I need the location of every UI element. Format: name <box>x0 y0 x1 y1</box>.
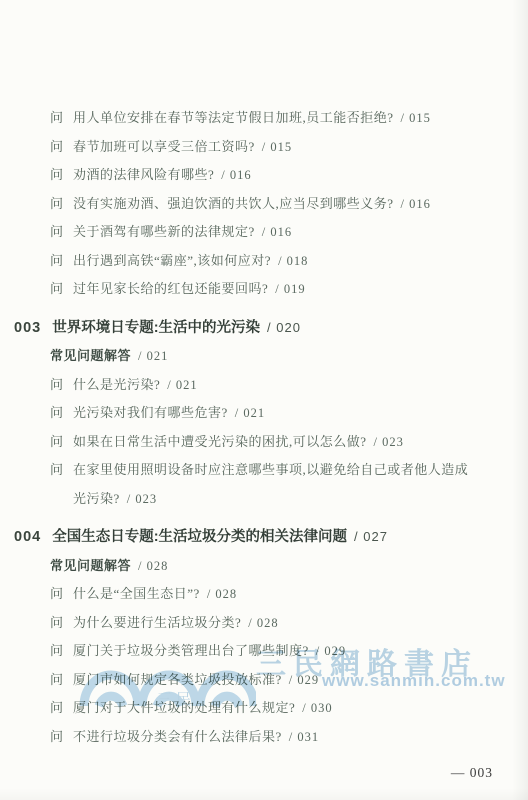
toc-entry: 问关于酒驾有哪些新的法律规定?/ 016 <box>50 218 494 247</box>
toc-list: 问用人单位安排在春节等法定节假日加班,员工能否拒绝?/ 015问春节加班可以享受… <box>50 104 494 751</box>
page-number-label: / 029 <box>289 673 319 687</box>
page-number-label: / 021 <box>138 342 168 371</box>
toc-entry: 问如果在日常生活中遭受光污染的困扰,可以怎么做?/ 023 <box>50 428 494 457</box>
question-text: 过年见家长给的红包还能要回吗? <box>73 281 268 296</box>
toc-entry: 问春节加班可以享受三倍工资吗?/ 015 <box>50 133 494 162</box>
question-line: 不进行垃圾分类会有什么法律后果?/ 031 <box>73 723 473 752</box>
subheader-text: 常见问题解答 <box>50 552 131 581</box>
page-number-label: / 027 <box>354 523 388 552</box>
question-text: 什么是“全国生态日”? <box>73 586 200 601</box>
question-marker: 问 <box>50 456 64 485</box>
section-title: 世界环境日专题:生活中的光污染 <box>52 314 260 343</box>
question-text: 春节加班可以享受三倍工资吗? <box>73 139 255 154</box>
question-marker: 问 <box>50 371 64 400</box>
page-number-label: / 031 <box>289 730 319 744</box>
question-line: 劝酒的法律风险有哪些?/ 016 <box>73 161 473 190</box>
toc-entry: 问什么是光污染?/ 021 <box>50 371 494 400</box>
page-edge-shadow <box>512 0 528 800</box>
toc-subheader: 常见问题解答/ 028 <box>50 552 494 581</box>
toc-entry: 问厦门关于垃圾分类管理出台了哪些制度?/ 029 <box>50 637 494 666</box>
question-marker: 问 <box>50 275 64 304</box>
toc-entry: 问不进行垃圾分类会有什么法律后果?/ 031 <box>50 723 494 752</box>
toc-entry: 问厦门市如何规定各类垃圾投放标准?/ 029 <box>50 666 494 695</box>
question-text: 厦门关于垃圾分类管理出台了哪些制度? <box>73 643 309 658</box>
question-marker: 问 <box>50 218 64 247</box>
toc-section-header: 004全国生态日专题:生活垃圾分类的相关法律问题/ 027 <box>50 523 494 552</box>
question-text: 如果在日常生活中遭受光污染的困扰,可以怎么做? <box>73 434 367 449</box>
question-marker: 问 <box>50 247 64 276</box>
question-line: 如果在日常生活中遭受光污染的困扰,可以怎么做?/ 023 <box>73 428 473 457</box>
page-number-label: / 018 <box>278 254 308 268</box>
question-marker: 问 <box>50 580 64 609</box>
question-line: 用人单位安排在春节等法定节假日加班,员工能否拒绝?/ 015 <box>73 104 473 133</box>
toc-entry: 问没有实施劝酒、强迫饮酒的共饮人,应当尽到哪些义务?/ 016 <box>50 190 494 219</box>
page-number-label: / 015 <box>262 140 292 154</box>
page-number-label: / 028 <box>207 587 237 601</box>
page-number-label: / 019 <box>275 282 305 296</box>
page-number-label: / 015 <box>401 111 431 125</box>
page-number-label: / 023 <box>127 492 157 506</box>
question-marker: 问 <box>50 428 64 457</box>
page-number-label: / 028 <box>138 552 168 581</box>
page-footer: — 003 <box>451 765 493 781</box>
question-line: 出行遇到高铁“霸座”,该如何应对?/ 018 <box>73 247 473 276</box>
question-text: 不进行垃圾分类会有什么法律后果? <box>73 729 282 744</box>
question-line: 厦门关于垃圾分类管理出台了哪些制度?/ 029 <box>73 637 473 666</box>
question-line: 在家里使用照明设备时应注意哪些事项,以避免给自己或者他人造成光污染?/ 023 <box>73 456 473 513</box>
page-number-label: / 021 <box>235 406 265 420</box>
toc-entry: 问为什么要进行生活垃圾分类?/ 028 <box>50 609 494 638</box>
toc-entry: 问厦门对于大件垃圾的处理有什么规定?/ 030 <box>50 694 494 723</box>
question-line: 关于酒驾有哪些新的法律规定?/ 016 <box>73 218 473 247</box>
section-number: 004 <box>14 523 41 552</box>
question-marker: 问 <box>50 399 64 428</box>
question-line: 光污染对我们有哪些危害?/ 021 <box>73 399 473 428</box>
question-marker: 问 <box>50 609 64 638</box>
question-line: 过年见家长给的红包还能要回吗?/ 019 <box>73 275 473 304</box>
page-number-label: / 028 <box>248 616 278 630</box>
question-text: 关于酒驾有哪些新的法律规定? <box>73 224 255 239</box>
question-line: 厦门对于大件垃圾的处理有什么规定?/ 030 <box>73 694 473 723</box>
book-page: 问用人单位安排在春节等法定节假日加班,员工能否拒绝?/ 015问春节加班可以享受… <box>0 0 528 800</box>
toc-section-header: 003世界环境日专题:生活中的光污染/ 020 <box>50 314 494 343</box>
question-text: 为什么要进行生活垃圾分类? <box>73 615 241 630</box>
page-number-label: / 016 <box>262 225 292 239</box>
question-text: 厦门对于大件垃圾的处理有什么规定? <box>73 700 295 715</box>
page-number-label: / 023 <box>374 435 404 449</box>
question-text: 出行遇到高铁“霸座”,该如何应对? <box>73 253 271 268</box>
question-marker: 问 <box>50 133 64 162</box>
question-line: 厦门市如何规定各类垃圾投放标准?/ 029 <box>73 666 473 695</box>
question-line: 什么是“全国生态日”?/ 028 <box>73 580 473 609</box>
question-text: 劝酒的法律风险有哪些? <box>73 167 214 182</box>
question-text: 什么是光污染? <box>73 377 160 392</box>
section-number: 003 <box>14 314 41 343</box>
question-marker: 问 <box>50 104 64 133</box>
page-number-label: / 030 <box>302 701 332 715</box>
question-marker: 问 <box>50 637 64 666</box>
subheader-text: 常见问题解答 <box>50 342 131 371</box>
question-text: 光污染对我们有哪些危害? <box>73 405 228 420</box>
section-title: 全国生态日专题:生活垃圾分类的相关法律问题 <box>52 523 347 552</box>
question-marker: 问 <box>50 694 64 723</box>
question-line: 没有实施劝酒、强迫饮酒的共饮人,应当尽到哪些义务?/ 016 <box>73 190 473 219</box>
question-line: 春节加班可以享受三倍工资吗?/ 015 <box>73 133 473 162</box>
question-marker: 问 <box>50 723 64 752</box>
page-number-label: / 016 <box>401 197 431 211</box>
question-text: 用人单位安排在春节等法定节假日加班,员工能否拒绝? <box>73 110 394 125</box>
toc-entry: 问出行遇到高铁“霸座”,该如何应对?/ 018 <box>50 247 494 276</box>
toc-subheader: 常见问题解答/ 021 <box>50 342 494 371</box>
question-text: 没有实施劝酒、强迫饮酒的共饮人,应当尽到哪些义务? <box>73 196 394 211</box>
page-number-label: / 016 <box>221 168 251 182</box>
page-number-label: / 021 <box>167 378 197 392</box>
question-marker: 问 <box>50 666 64 695</box>
page-number-label: / 029 <box>316 644 346 658</box>
question-marker: 问 <box>50 190 64 219</box>
question-marker: 问 <box>50 161 64 190</box>
toc-entry: 问过年见家长给的红包还能要回吗?/ 019 <box>50 275 494 304</box>
page-number-label: / 020 <box>267 314 301 343</box>
page-bottom-shadow <box>0 788 528 800</box>
question-line: 什么是光污染?/ 021 <box>73 371 473 400</box>
toc-entry: 问劝酒的法律风险有哪些?/ 016 <box>50 161 494 190</box>
question-text: 厦门市如何规定各类垃圾投放标准? <box>73 672 282 687</box>
toc-entry: 问光污染对我们有哪些危害?/ 021 <box>50 399 494 428</box>
toc-entry: 问用人单位安排在春节等法定节假日加班,员工能否拒绝?/ 015 <box>50 104 494 133</box>
question-line: 为什么要进行生活垃圾分类?/ 028 <box>73 609 473 638</box>
toc-entry: 问在家里使用照明设备时应注意哪些事项,以避免给自己或者他人造成光污染?/ 023 <box>50 456 494 513</box>
toc-entry: 问什么是“全国生态日”?/ 028 <box>50 580 494 609</box>
